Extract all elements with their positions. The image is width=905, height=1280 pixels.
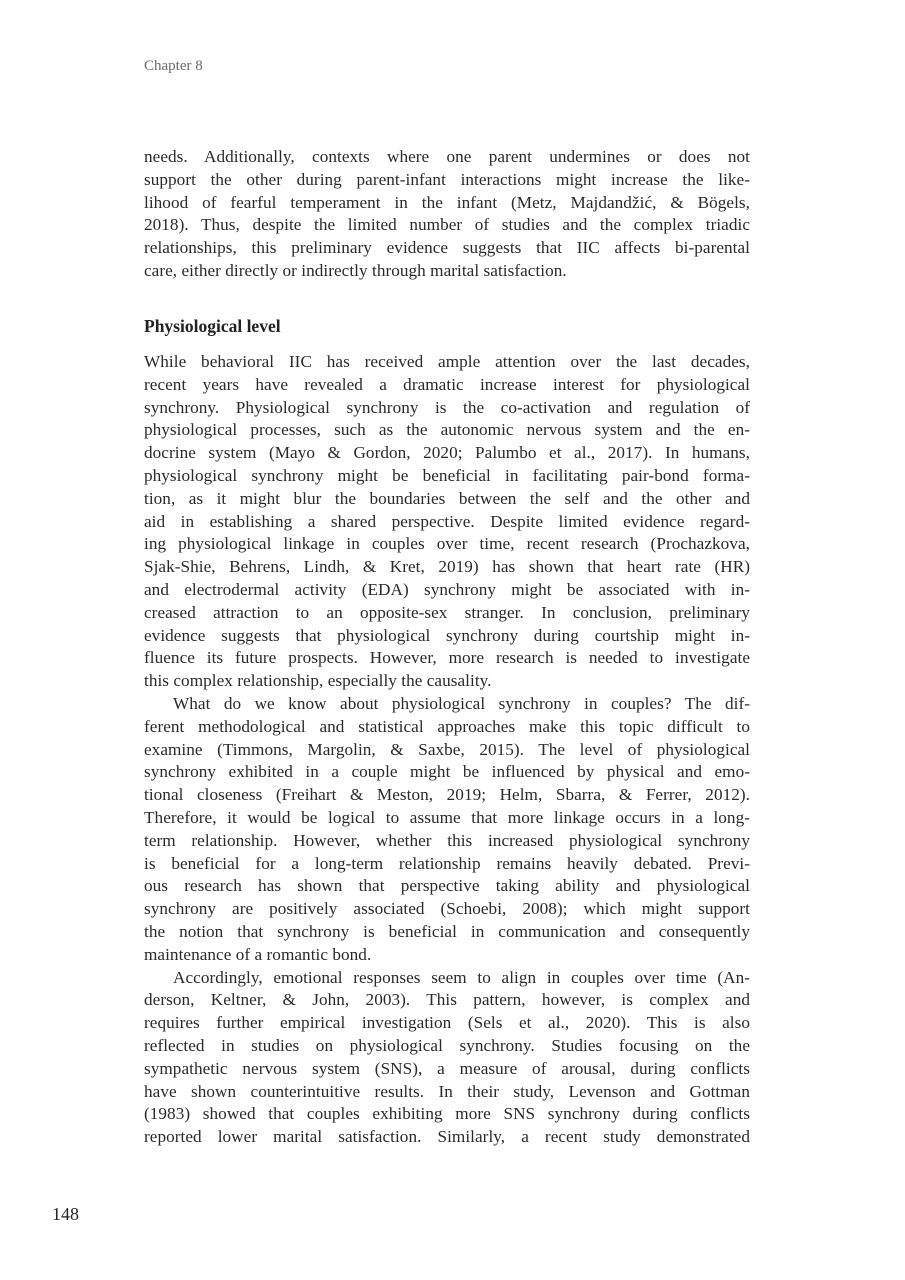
text-line: sympathetic nervous system (SNS), a meas… (144, 1058, 750, 1081)
text-line: synchrony exhibited in a couple might be… (144, 761, 750, 784)
section-heading: Physiological level (144, 316, 281, 337)
text-line: Therefore, it would be logical to assume… (144, 807, 750, 830)
text-line: support the other during parent-infant i… (144, 169, 750, 192)
text-line: synchrony are positively associated (Sch… (144, 898, 750, 921)
text-line: reported lower marital satisfaction. Sim… (144, 1126, 750, 1149)
text-line: docrine system (Mayo & Gordon, 2020; Pal… (144, 442, 750, 465)
text-line: requires further empirical investigation… (144, 1012, 750, 1035)
text-line: lihood of fearful temperament in the inf… (144, 192, 750, 215)
text-line: Accordingly, emotional responses seem to… (144, 967, 750, 990)
text-line: Sjak-Shie, Behrens, Lindh, & Kret, 2019)… (144, 556, 750, 579)
text-line: tional closeness (Freihart & Meston, 201… (144, 784, 750, 807)
page-number: 148 (52, 1204, 79, 1225)
text-line: have shown counterintuitive results. In … (144, 1081, 750, 1104)
text-line: synchrony. Physiological synchrony is th… (144, 397, 750, 420)
paragraph-continuation: needs. Additionally, contexts where one … (144, 146, 750, 283)
text-line: evidence suggests that physiological syn… (144, 625, 750, 648)
text-line: derson, Keltner, & John, 2003). This pat… (144, 989, 750, 1012)
text-line: aid in establishing a shared perspective… (144, 511, 750, 534)
text-line: needs. Additionally, contexts where one … (144, 146, 750, 169)
text-line: While behavioral IIC has received ample … (144, 351, 750, 374)
text-line: physiological synchrony might be benefic… (144, 465, 750, 488)
text-line: examine (Timmons, Margolin, & Saxbe, 201… (144, 739, 750, 762)
text-line: care, either directly or indirectly thro… (144, 260, 750, 283)
paragraph: While behavioral IIC has received ample … (144, 351, 750, 1149)
text-line: and electrodermal activity (EDA) synchro… (144, 579, 750, 602)
text-line: ous research has shown that perspective … (144, 875, 750, 898)
text-line: ferent methodological and statistical ap… (144, 716, 750, 739)
text-line: term relationship. However, whether this… (144, 830, 750, 853)
text-line: tion, as it might blur the boundaries be… (144, 488, 750, 511)
text-line: is beneficial for a long-term relationsh… (144, 853, 750, 876)
text-line: (1983) showed that couples exhibiting mo… (144, 1103, 750, 1126)
text-line: recent years have revealed a dramatic in… (144, 374, 750, 397)
text-line: creased attraction to an opposite-sex st… (144, 602, 750, 625)
text-line: What do we know about physiological sync… (144, 693, 750, 716)
text-line: maintenance of a romantic bond. (144, 944, 750, 967)
text-line: relationships, this preliminary evidence… (144, 237, 750, 260)
text-line: ing physiological linkage in couples ove… (144, 533, 750, 556)
text-line: 2018). Thus, despite the limited number … (144, 214, 750, 237)
running-head: Chapter 8 (144, 58, 203, 75)
text-line: fluence its future prospects. However, m… (144, 647, 750, 670)
text-line: reflected in studies on physiological sy… (144, 1035, 750, 1058)
text-line: physiological processes, such as the aut… (144, 419, 750, 442)
text-line: the notion that synchrony is beneficial … (144, 921, 750, 944)
text-line: this complex relationship, especially th… (144, 670, 750, 693)
